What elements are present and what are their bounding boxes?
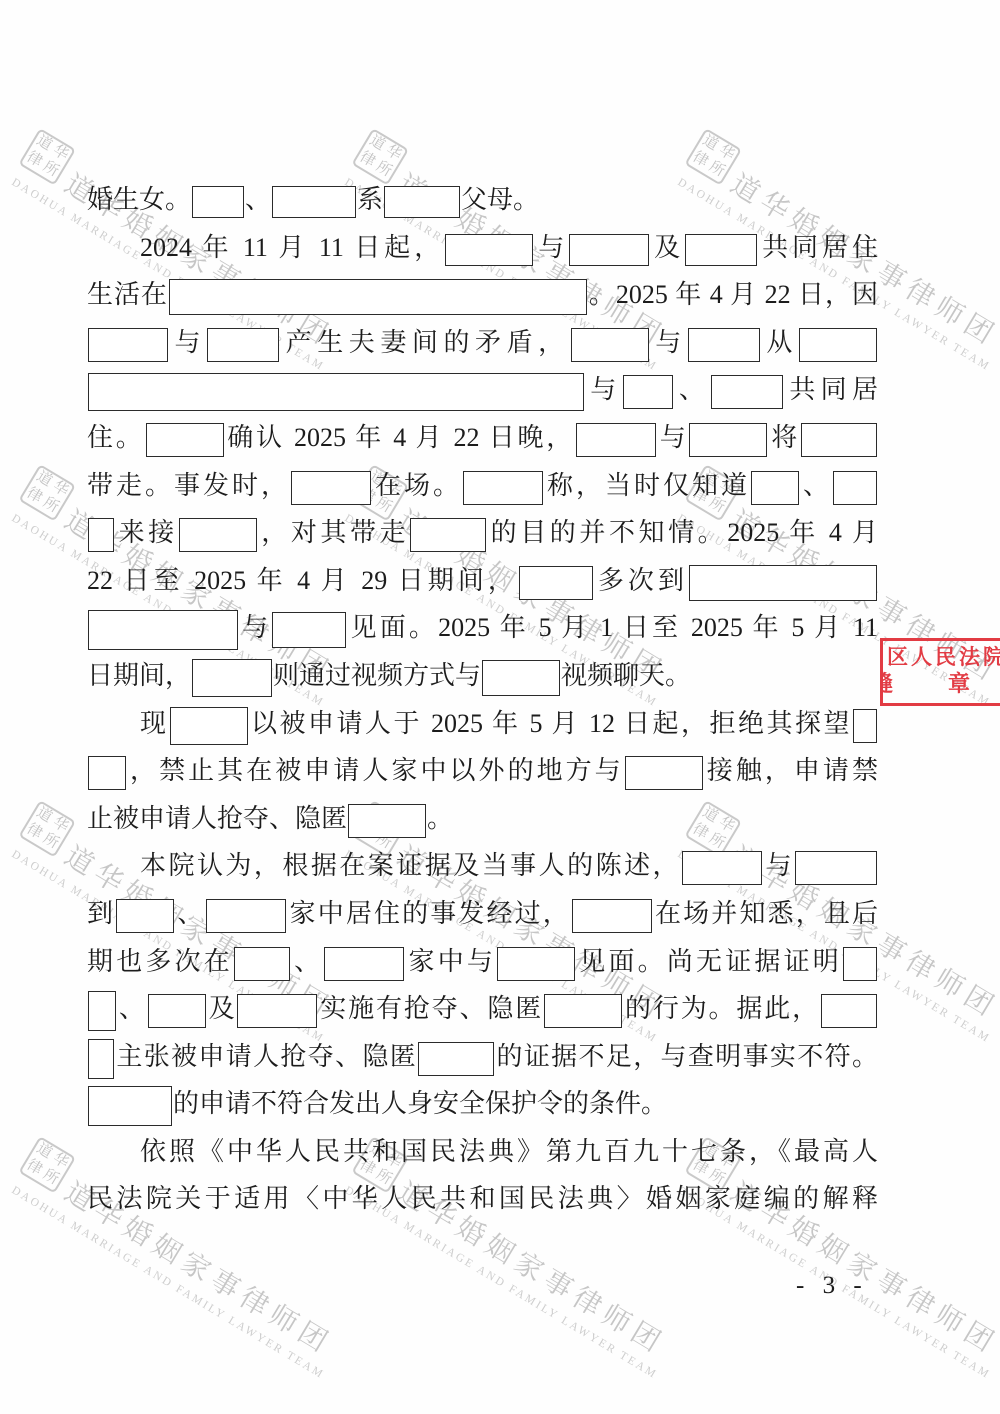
text-run: 22 日至 2025 年 4 月 29 日期间，: [87, 566, 518, 595]
text-run: 、: [117, 994, 147, 1023]
text-run: 与: [169, 328, 206, 357]
text-run: 在场。: [372, 471, 462, 500]
redaction-box: [384, 186, 460, 218]
document-line: 22 日至 2025 年 4 月 29 日期间，多次到: [87, 557, 878, 605]
text-run: 、: [800, 471, 832, 500]
logo-char: 律: [21, 819, 47, 845]
text-run: 的行为。据此，: [623, 994, 820, 1023]
redaction-box: [146, 423, 224, 457]
logo-char: 所: [37, 1165, 63, 1191]
redaction-box: [88, 991, 116, 1031]
text-run: 视频聊天。: [561, 661, 691, 690]
text-run: 及: [650, 233, 684, 262]
document-line: 来接，对其带走的目的并不知情。2025 年 4 月: [87, 509, 878, 557]
text-run: 到: [87, 899, 115, 928]
redaction-box: [88, 1039, 114, 1079]
logo-char: 道: [31, 131, 57, 157]
document-line: 带走。事发时，在场。称，当时仅知道、: [87, 462, 878, 510]
logo-char: 道: [31, 467, 57, 493]
daohua-seal-logo-icon: 道华律所: [18, 128, 76, 186]
logo-char: 华: [47, 1149, 73, 1175]
text-run: 依照《中华人民共和国民法典》第九百九十七条，《最高人: [140, 1137, 878, 1166]
text-run: ，禁止其在被申请人家中以外的地方与: [127, 756, 624, 785]
stamp-court-name: 区人民法院: [883, 641, 1000, 670]
text-run: 、: [291, 947, 323, 976]
redaction-box: [801, 423, 877, 457]
document-line: 、及实施有抢夺、隐匿的行为。据此，: [87, 985, 878, 1033]
document-line: 止被申请人抢夺、隐匿。: [87, 795, 878, 843]
text-run: 、: [245, 185, 271, 214]
redaction-box: [623, 375, 673, 409]
logo-char: 华: [713, 141, 739, 167]
logo-char: 道: [31, 1139, 57, 1165]
redaction-box: [148, 994, 206, 1028]
document-line: 依照《中华人民共和国民法典》第九百九十七条，《最高人: [87, 1128, 878, 1176]
document-line: 与见面。2025 年 5 月 1 日至 2025 年 5 月 11: [87, 604, 878, 652]
redaction-box: [348, 804, 426, 838]
redaction-box: [206, 899, 286, 933]
redaction-box: [572, 899, 652, 933]
redaction-box: [88, 1086, 172, 1126]
redaction-box: [291, 471, 371, 505]
text-run: 住。: [87, 423, 145, 452]
text-run: 。: [427, 804, 453, 833]
redaction-box: [576, 423, 656, 457]
document-line: 期也多次在、家中与见面。尚无证据证明: [87, 938, 878, 986]
document-line: 住。确认 2025 年 4 月 22 日晚，与将: [87, 414, 878, 462]
page-number: - 3 -: [796, 1272, 868, 1300]
daohua-seal-logo-icon: 道华律所: [18, 1136, 76, 1194]
redaction-box: [711, 375, 783, 409]
court-document-page: 道华律所道华婚姻家事律师团DAOHUA MARRIAGE AND FAMILY …: [0, 0, 1000, 1414]
redaction-box: [685, 234, 757, 266]
text-run: 婚生女。: [87, 185, 191, 214]
text-run: 、: [175, 899, 205, 928]
redaction-box: [192, 659, 272, 697]
text-run: 接触，申请禁: [704, 756, 878, 785]
redaction-box: [88, 328, 168, 362]
text-run: 实施有抢夺、隐匿: [318, 994, 543, 1023]
logo-char: 律: [354, 147, 380, 173]
text-run: 家中居住的事发经过，: [287, 899, 570, 928]
redaction-box: [88, 756, 126, 790]
text-run: 共同居住: [758, 233, 878, 262]
text-run: 产生夫妻间的矛盾，: [280, 328, 570, 357]
redaction-box: [569, 234, 649, 266]
text-run: 生活在: [87, 280, 168, 309]
document-line: 与产生夫妻间的矛盾，与从: [87, 319, 878, 367]
redaction-box: [625, 756, 703, 790]
document-line: 现以被申请人于 2025 年 5 月 12 日起，拒绝其探望: [87, 700, 878, 748]
document-line: 的申请不符合发出人身安全保护令的条件。: [87, 1080, 878, 1128]
document-line: 主张被申请人抢夺、隐匿的证据不足，与查明事实不符。: [87, 1033, 878, 1081]
text-run: 民法院关于适用〈中华人民共和国民法典〉婚姻家庭编的解释: [87, 1184, 878, 1213]
logo-char: 律: [687, 147, 713, 173]
text-run: 多次到: [594, 566, 688, 595]
redaction-box: [689, 423, 767, 457]
text-run: 的证据不足，与查明事实不符。: [495, 1042, 878, 1071]
text-run: 止被申请人抢夺、隐匿: [87, 804, 347, 833]
redaction-box: [519, 566, 593, 600]
redaction-box: [88, 373, 584, 411]
redaction-box: [418, 1042, 494, 1076]
redaction-box: [544, 994, 622, 1028]
text-run: 称，当时仅知道: [544, 471, 750, 500]
text-run: 、: [674, 375, 711, 404]
text-run: 的申请不符合发出人身安全保护令的条件。: [173, 1089, 667, 1118]
text-run: 本院认为，根据在案证据及当事人的陈述，: [140, 851, 681, 880]
text-run: 与: [657, 423, 689, 452]
text-run: ，对其带走: [258, 518, 409, 547]
logo-char: 律: [21, 1155, 47, 1181]
text-run: 则通过视频方式与: [273, 661, 481, 690]
document-line: 到、家中居住的事发经过，在场并知悉，且后: [87, 890, 878, 938]
redaction-box: [88, 518, 114, 552]
logo-char: 华: [380, 141, 406, 167]
document-line: ，禁止其在被申请人家中以外的地方与接触，申请禁: [87, 747, 878, 795]
redaction-box: [88, 610, 238, 650]
text-run: 与: [585, 375, 622, 404]
logo-char: 所: [37, 157, 63, 183]
document-line: 生活在。2025 年 4 月 22 日，因: [87, 271, 878, 319]
text-run: 与: [239, 613, 271, 642]
redaction-box: [324, 947, 404, 981]
logo-char: 华: [47, 477, 73, 503]
redaction-box: [445, 234, 533, 266]
redaction-box: [751, 471, 799, 505]
text-run: 在场并知悉，且后: [653, 899, 878, 928]
stamp-zhang-char: 章: [948, 670, 970, 698]
redaction-box: [821, 994, 877, 1028]
text-run: 。2025 年 4 月 22 日，因: [588, 280, 878, 309]
text-run: 与: [534, 233, 568, 262]
text-run: 父母。: [461, 185, 539, 214]
document-body: 婚生女。、系父母。2024 年 11 月 11 日起，与及共同居住生活在。202…: [87, 176, 878, 1223]
redaction-box: [169, 279, 587, 315]
document-line: 婚生女。、系父母。: [87, 176, 878, 224]
redaction-box: [799, 328, 877, 362]
redaction-box: [410, 518, 486, 552]
text-run: 家中与: [405, 947, 496, 976]
document-line: 本院认为，根据在案证据及当事人的陈述，与: [87, 842, 878, 890]
document-line: 2024 年 11 月 11 日起，与及共同居住: [87, 224, 878, 272]
redaction-box: [497, 947, 575, 981]
text-run: 与: [650, 328, 687, 357]
document-line: 民法院关于适用〈中华人民共和国民法典〉婚姻家庭编的解释: [87, 1175, 878, 1223]
logo-char: 所: [37, 493, 63, 519]
stamp-seal-row: 缝 章: [883, 670, 1000, 698]
document-line: 日期间，则通过视频方式与视频聊天。: [87, 652, 878, 700]
redaction-box: [689, 565, 877, 601]
text-run: 以被申请人于 2025 年 5 月 12 日起，拒绝其探望: [249, 709, 852, 738]
redaction-box: [571, 328, 649, 362]
text-run: 来接: [115, 518, 178, 547]
redaction-box: [463, 471, 543, 505]
logo-char: 律: [21, 483, 47, 509]
court-seal-stamp: 区人民法院 缝 章: [880, 638, 1000, 706]
stamp-partial-char: 缝: [883, 670, 896, 698]
redaction-box: [795, 851, 877, 885]
logo-char: 律: [21, 147, 47, 173]
text-run: 见面。尚无证据证明: [576, 947, 842, 976]
redaction-box: [170, 707, 248, 745]
document-line: 与、共同居: [87, 366, 878, 414]
logo-char: 所: [37, 829, 63, 855]
redaction-box: [853, 709, 877, 743]
text-run: 从: [761, 328, 798, 357]
redaction-box: [272, 186, 356, 218]
redaction-box: [482, 660, 560, 696]
redaction-box: [207, 328, 279, 362]
redaction-box: [272, 612, 346, 648]
text-run: 见面。2025 年 5 月 1 日至 2025 年 5 月 11: [347, 613, 878, 642]
redaction-box: [116, 899, 174, 933]
daohua-seal-logo-icon: 道华律所: [18, 800, 76, 858]
daohua-seal-logo-icon: 道华律所: [18, 464, 76, 522]
redaction-box: [833, 471, 877, 505]
text-run: 期也多次在: [87, 947, 233, 976]
text-run: 及: [207, 994, 237, 1023]
logo-char: 道: [31, 803, 57, 829]
redaction-box: [234, 947, 290, 981]
logo-char: 华: [47, 813, 73, 839]
redaction-box: [192, 186, 244, 218]
text-run: 的目的并不知情。2025 年 4 月: [487, 518, 878, 547]
redaction-box: [843, 947, 877, 981]
text-run: 2024 年 11 月 11 日起，: [140, 233, 444, 262]
text-run: 日期间，: [87, 661, 191, 690]
text-run: 共同居: [784, 375, 878, 404]
text-run: 将: [768, 423, 800, 452]
redaction-box: [237, 994, 317, 1028]
logo-char: 道: [697, 131, 723, 157]
text-run: 系: [357, 185, 383, 214]
text-run: 确认 2025 年 4 月 22 日晚，: [225, 423, 575, 452]
redaction-box: [688, 328, 760, 362]
logo-char: 华: [47, 141, 73, 167]
redaction-box: [179, 518, 257, 552]
text-run: 主张被申请人抢夺、隐匿: [115, 1042, 417, 1071]
text-run: 带走。事发时，: [87, 471, 290, 500]
redaction-box: [682, 851, 762, 885]
text-run: 现: [140, 709, 169, 738]
logo-char: 道: [364, 131, 390, 157]
text-run: 与: [763, 851, 794, 880]
